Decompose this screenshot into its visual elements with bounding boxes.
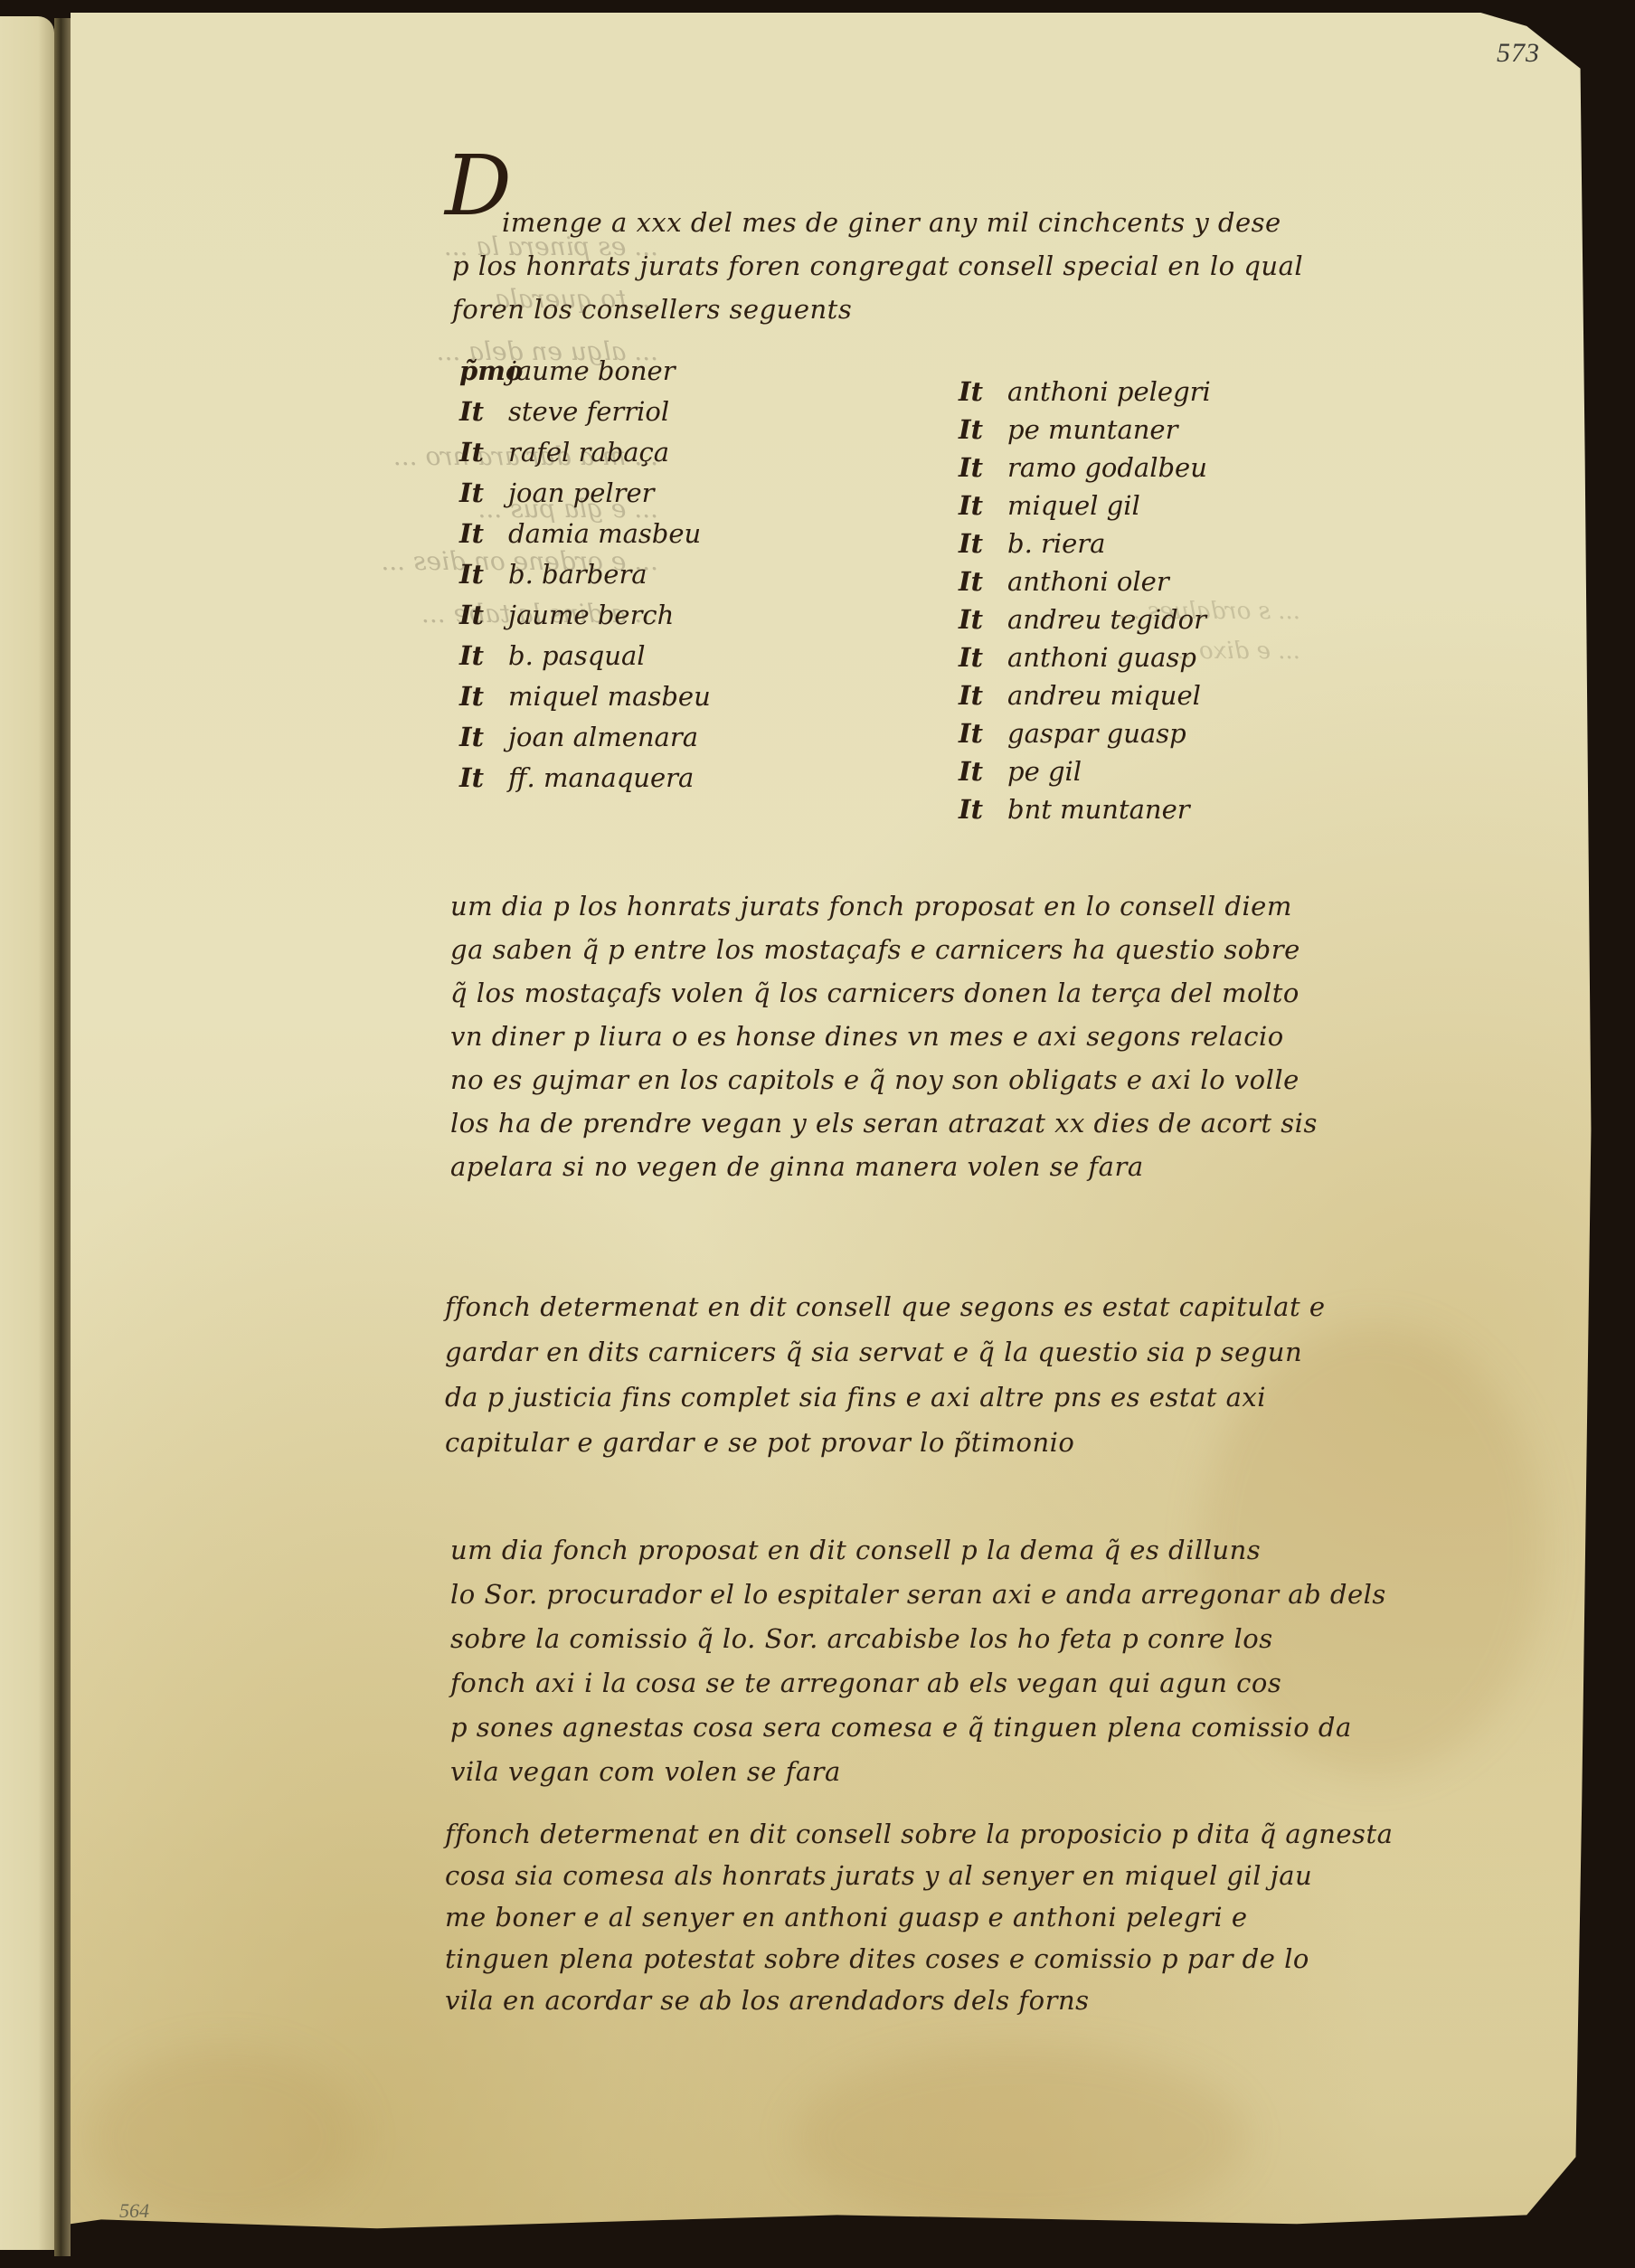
text-line: lo Sor. procurador el lo espitaler seran… xyxy=(450,1573,1386,1617)
text-line: p sones agnestas cosa sera comesa e q̃ t… xyxy=(450,1706,1386,1750)
attendee-item: Itdamia masbeu xyxy=(459,514,711,554)
text-line: los ha de prendre vegan y els seran atra… xyxy=(450,1101,1318,1145)
text-line: da p justicia fins complet sia fins e ax… xyxy=(445,1375,1326,1420)
attendee-item: Itanthoni oler xyxy=(959,562,1211,600)
attendee-list-right: Itanthoni pelegri Itpe muntaner Itramo g… xyxy=(959,373,1211,828)
attendee-item: Itpe muntaner xyxy=(959,411,1211,449)
entry-heading: imenge a xxx del mes de giner any mil ci… xyxy=(502,201,1303,331)
text-line: ga saben q̃ p entre los mostaçafs e carn… xyxy=(450,928,1318,971)
text-line: capitular e gardar e se pot provar lo p̃… xyxy=(445,1420,1326,1465)
text-line: ит dia p los honrats jurats fonch propos… xyxy=(450,884,1318,928)
attendee-item: Itmiquel masbeu xyxy=(459,676,711,717)
attendee-item: Itb. barbera xyxy=(459,554,711,595)
text-line: gardar en dits carnicers q̃ sia servat e… xyxy=(445,1329,1326,1375)
text-line: vila en acordar se ab los arendadors del… xyxy=(445,1980,1393,2021)
attendee-item: Itandreu miquel xyxy=(959,676,1211,714)
text-line: fonch axi i la cosa se te arregonar ab e… xyxy=(450,1661,1386,1706)
adjacent-page-edge xyxy=(0,16,54,2250)
text-line: vila vegan com volen se fara xyxy=(450,1750,1386,1794)
attendee-item: Itgaspar guasp xyxy=(959,714,1211,752)
text-line: imenge a xxx del mes de giner any mil ci… xyxy=(502,201,1303,244)
text-line: me boner e al senyer en anthoni guasp e … xyxy=(445,1896,1393,1938)
paragraph-1: ит dia p los honrats jurats fonch propos… xyxy=(450,884,1318,1188)
water-stain xyxy=(794,2047,1246,2228)
archive-page-number: 564 xyxy=(119,2199,149,2223)
attendee-item: Itramo godalbeu xyxy=(959,449,1211,487)
attendee-item: Itanthoni pelegri xyxy=(959,373,1211,411)
text-line: q̃ los mostaçafs volen q̃ los carnicers … xyxy=(450,971,1318,1015)
paragraph-2: ffonch determenat en dit consell que seg… xyxy=(445,1284,1326,1465)
text-line: p los honrats jurats foren congregat con… xyxy=(452,244,1303,288)
attendee-item: Itff. manaquera xyxy=(459,758,711,799)
text-line: foren los consellers seguents xyxy=(452,288,1303,331)
attendee-item: Itsteve ferriol xyxy=(459,392,711,432)
attendee-item: p̃mojaume boner xyxy=(459,351,711,392)
attendee-item: Itjoan pelrer xyxy=(459,473,711,514)
attendee-item: Itb. pasqual xyxy=(459,636,711,676)
text-line: sobre la comissio q̃ lo. Sor. arcabisbe … xyxy=(450,1617,1386,1661)
attendee-item: Itb. riera xyxy=(959,524,1211,562)
paragraph-4: ffonch determenat en dit consell sobre l… xyxy=(445,1813,1393,2021)
attendee-item: Itpe gil xyxy=(959,752,1211,790)
text-line: ffonch determenat en dit consell sobre l… xyxy=(445,1813,1393,1855)
text-line: ffonch determenat en dit consell que seg… xyxy=(445,1284,1326,1329)
attendee-item: Itmiquel gil xyxy=(959,487,1211,524)
attendee-item: Itbnt muntaner xyxy=(959,790,1211,828)
attendee-item: Itjoan almenara xyxy=(459,717,711,758)
folio-number: 573 xyxy=(1497,38,1540,69)
attendee-item: Itandreu tegidor xyxy=(959,600,1211,638)
attendee-item: Itanthoni guasp xyxy=(959,638,1211,676)
book-gutter xyxy=(54,18,71,2256)
text-line: tinguen plena potestat sobre dites coses… xyxy=(445,1938,1393,1980)
text-line: ит dia fonch proposat en dit consell p l… xyxy=(450,1528,1386,1573)
text-line: no es gujmar en los capitols e q̃ noy so… xyxy=(450,1058,1318,1101)
text-line: vn diner p liura o es honse dines vn mes… xyxy=(450,1015,1318,1058)
paragraph-3: ит dia fonch proposat en dit consell p l… xyxy=(450,1528,1386,1794)
attendee-item: Itrafel rabaça xyxy=(459,432,711,473)
attendee-item: Itjaume berch xyxy=(459,595,711,636)
text-line: cosa sia comesa als honrats jurats y al … xyxy=(445,1855,1393,1896)
attendee-list-left: p̃mojaume boner Itsteve ferriol Itrafel … xyxy=(459,351,711,799)
text-line: apelara si no vegen de ginna manera vole… xyxy=(450,1145,1318,1188)
